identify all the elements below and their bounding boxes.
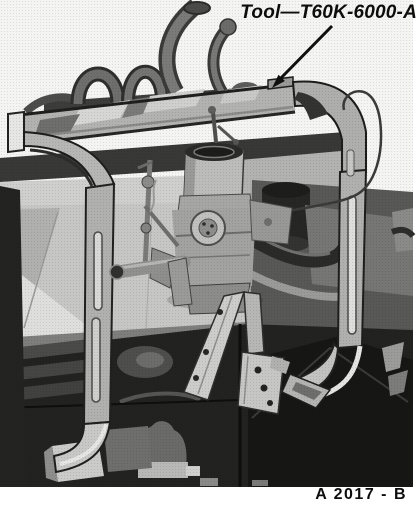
- manual-figure: Tool—T60K-6000-A A 2017 - B: [0, 0, 420, 513]
- tool-callout-label: Tool—T60K-6000-A: [240, 2, 417, 24]
- figure-number: A 2017 - B: [315, 486, 407, 504]
- engine-photo: [0, 0, 420, 513]
- halftone-overlay: [0, 0, 413, 487]
